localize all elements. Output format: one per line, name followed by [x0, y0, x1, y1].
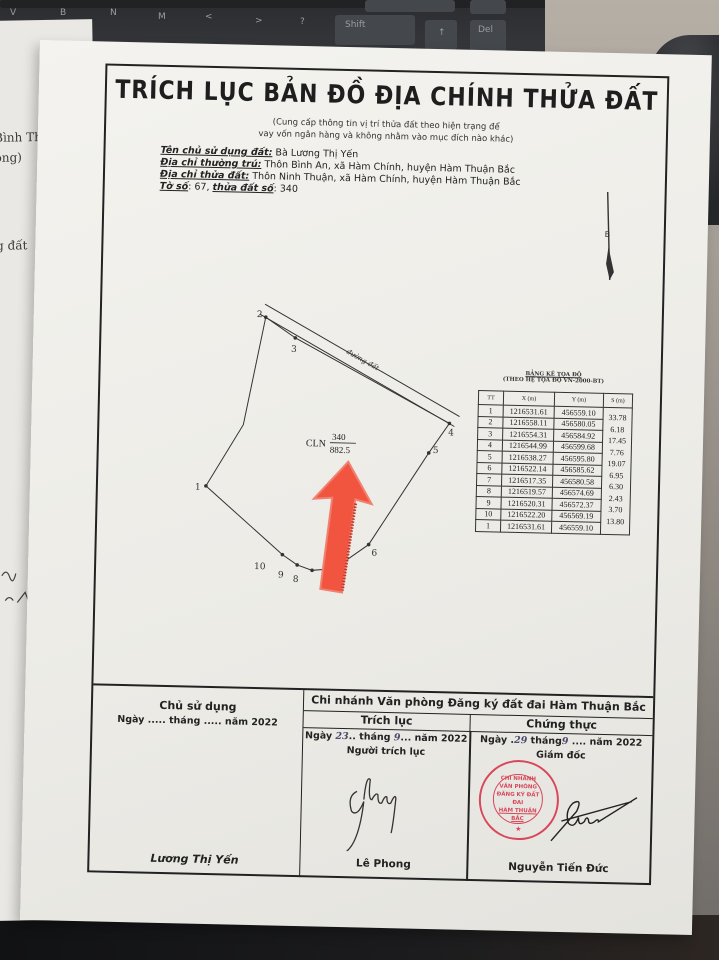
stamp-ring-text	[482, 761, 558, 763]
document-title: TRÍCH LỤC BẢN ĐỒ ĐỊA CHÍNH THỬA ĐẤT	[107, 76, 668, 117]
parcel-label: CLN 340 882.5	[306, 431, 357, 455]
coord-cell-tt: 10	[476, 508, 501, 520]
owner-heading: Chủ sử dụng	[93, 697, 303, 715]
parcel-map: đường đất 1 2 3 4 5 6 8 9 10 CLN 340	[145, 297, 472, 634]
extract-date-prefix: Ngày	[305, 730, 332, 742]
coord-cell-distance: 7.76	[602, 447, 631, 459]
coord-cell-distance: 19.07	[602, 459, 631, 471]
point-label-3: 3	[291, 345, 297, 355]
extractor-name: Lê Phong	[300, 856, 466, 872]
col-x: X (m)	[503, 391, 554, 406]
point-label-6: 6	[371, 549, 377, 559]
certify-date: Ngày .29 tháng9 .... năm 2022	[470, 734, 652, 749]
owner-column: Chủ sử dụng Ngày ..... tháng ..... năm 2…	[89, 685, 304, 877]
extract-year: ... năm 2022	[400, 732, 467, 745]
north-label: B	[605, 230, 611, 239]
owner-date: Ngày ..... tháng ..... năm 2022	[92, 713, 302, 729]
coord-cell-y: 456559.10	[551, 521, 600, 534]
key-b: B	[60, 8, 66, 18]
point-label-2: 2	[257, 310, 263, 320]
certify-heading: Chứng thực	[470, 715, 652, 736]
coord-cell-distance: 13.80	[601, 516, 630, 528]
owner-name: Lương Thị Yến	[89, 850, 299, 868]
point-label-9: 9	[278, 571, 284, 581]
coord-cell-distance: 33.78	[603, 413, 632, 425]
extract-role: Người trích lục	[303, 744, 469, 759]
red-arrow-annotation	[300, 457, 378, 595]
key-slash: ?	[300, 17, 305, 27]
col-tt: TT	[478, 391, 503, 406]
cadastral-extract-document: TRÍCH LỤC BẢN ĐỒ ĐỊA CHÍNH THỬA ĐẤT (Cun…	[20, 40, 712, 935]
key-period: >	[255, 16, 263, 26]
certify-date-prefix: Ngày .	[480, 734, 514, 746]
land-use-code: CLN	[306, 438, 326, 449]
point-label-5: 5	[433, 446, 439, 456]
coord-cell-tt: 7	[477, 474, 502, 486]
point-label-4: 4	[448, 428, 454, 438]
certify-month: 9	[562, 736, 569, 747]
extract-heading: Trích lục	[303, 711, 470, 732]
coordinate-table: TT X (m) Y (m) S (m) 11216531.61456559.1…	[475, 390, 633, 535]
sheet-value: : 67,	[188, 181, 210, 192]
coord-cell-distance: 6.30	[601, 482, 630, 494]
north-arrow-icon: B	[600, 192, 622, 282]
certify-year: .... năm 2022	[572, 736, 643, 749]
extract-date: Ngày 23.. tháng 9... năm 2022	[303, 730, 469, 745]
extract-month-prefix: .. tháng	[349, 731, 391, 743]
extract-day: 23	[335, 731, 348, 742]
key-n: N	[110, 8, 117, 18]
director-signature	[531, 775, 643, 847]
coord-cell-tt: 9	[476, 497, 501, 509]
parcel-area: 882.5	[330, 445, 351, 455]
under-text-2: ông)	[0, 150, 22, 164]
parcel-number-label: thửa đất số	[212, 182, 273, 194]
coord-cell-distance: 6.18	[603, 424, 632, 436]
coord-cell-x: 1216531.61	[500, 520, 551, 533]
sheet-label: Tờ số	[160, 181, 189, 193]
coord-cell-tt: 1	[478, 405, 503, 417]
key-del: Del	[478, 25, 493, 35]
coord-cell-distance: 6.95	[602, 470, 631, 482]
coord-cell-distance: 2.43	[601, 493, 630, 505]
certify-role: Giám đốc	[470, 748, 652, 763]
owner-value: Bà Lương Thị Yến	[275, 147, 358, 160]
coord-cell-distance: 3.70	[601, 505, 630, 517]
point-label-10: 10	[254, 562, 266, 572]
key-up: ↑	[438, 28, 446, 38]
office-column: Chi nhánh Văn phòng Đăng ký đất đai Hàm …	[300, 690, 653, 885]
extractor-signature	[341, 761, 423, 853]
parcel-number-value: : 340	[273, 183, 298, 195]
director-name: Nguyễn Tiến Đức	[467, 860, 649, 876]
parcel-address-label: Địa chỉ thửa đất:	[160, 169, 250, 182]
key-m: M	[158, 12, 166, 22]
document-frame: TRÍCH LỤC BẢN ĐỒ ĐỊA CHÍNH THỬA ĐẤT (Cun…	[87, 63, 669, 885]
key-comma: <	[205, 12, 213, 22]
coord-cell-tt: 5	[477, 451, 502, 463]
key-v: V	[10, 8, 16, 18]
coord-cell-tt: 8	[476, 485, 501, 497]
sheet-info: Tờ số: 67, thửa đất số: 340	[160, 181, 298, 195]
coord-cell-tt: 1	[475, 520, 500, 532]
point-label-1: 1	[195, 483, 201, 493]
coord-cell-tt: 4	[477, 439, 502, 451]
residence-label: Địa chỉ thường trú:	[160, 157, 261, 170]
key-shift: Shift	[345, 20, 365, 30]
coord-cell-distance: 17.45	[602, 436, 631, 448]
certify-day: 29	[514, 735, 527, 746]
col-y: Y (m)	[554, 392, 603, 407]
coord-table-title: BẢNG KÊ TỌA ĐỘ (THEO HỆ TỌA ĐỘ VN-2000-B…	[478, 370, 628, 385]
point-label-8: 8	[293, 575, 299, 585]
coord-cell-tt: 2	[478, 416, 503, 428]
parcel-number: 340	[332, 432, 346, 442]
coord-cell-tt: 3	[478, 428, 503, 440]
coord-table-row: 11216531.61456559.1013.80	[475, 520, 629, 535]
certify-month-prefix: tháng	[530, 735, 562, 747]
coord-cell-tt: 6	[477, 462, 502, 474]
col-s: S (m)	[603, 393, 632, 408]
under-text-3: g đất	[0, 238, 28, 253]
signature-section: Chủ sử dụng Ngày ..... tháng ..... năm 2…	[89, 683, 653, 885]
